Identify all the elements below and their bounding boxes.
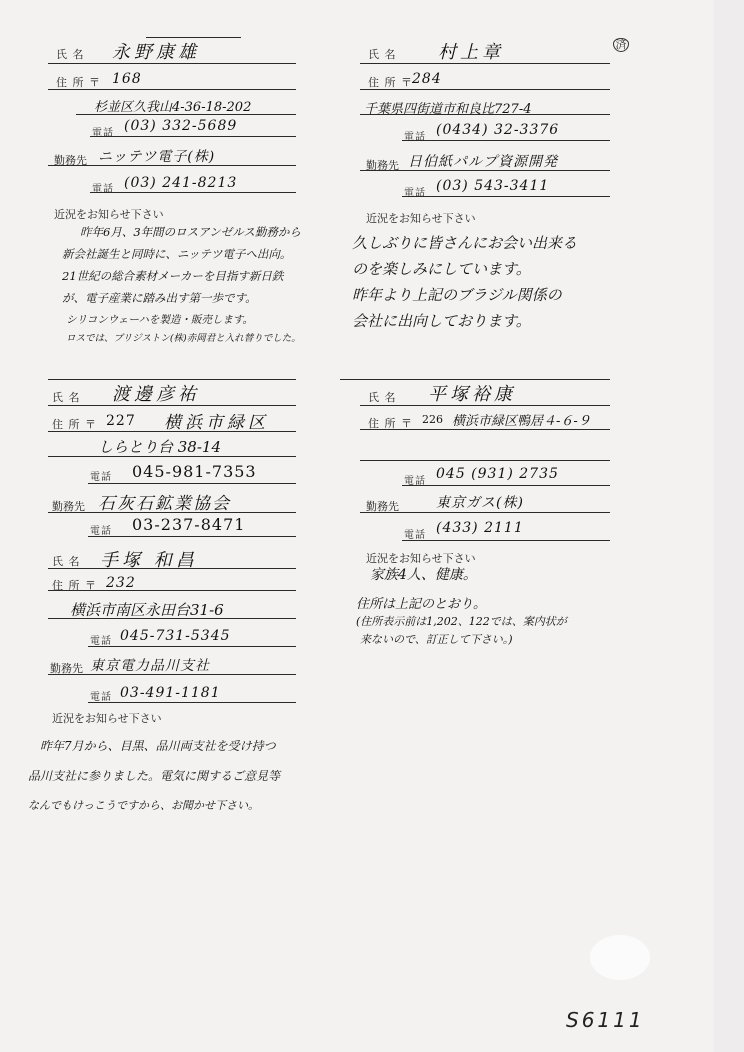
workplace-label: 勤務先 — [366, 157, 399, 173]
name-value: 手塚 和昌 — [100, 546, 198, 572]
workplace-label: 勤務先 — [50, 660, 83, 676]
name-value: 村上章 — [438, 38, 504, 64]
name-value: 永野康雄 — [112, 38, 200, 64]
news-label: 近況をお知らせ下さい — [52, 710, 162, 726]
name-label: 氏 名 — [368, 46, 397, 62]
work-phone-value: (433) 2111 — [436, 520, 524, 536]
address-label: 住 所 〒 — [52, 416, 97, 432]
address-label: 住 所 〒 — [56, 74, 101, 90]
address-line2: 横浜市南区永田台31-6 — [70, 599, 224, 620]
name-value: 平塚裕康 — [428, 380, 516, 406]
name-label: 氏 名 — [52, 389, 81, 405]
address-label: 住 所 〒 — [368, 74, 413, 90]
workplace-label: 勤務先 — [366, 498, 399, 514]
workplace-label: 勤務先 — [54, 152, 87, 168]
address-line2: しらとり台 38-14 — [98, 436, 221, 457]
workplace-value: 石灰石鉱業協会 — [98, 489, 231, 514]
correction-fluid-mark — [590, 935, 650, 980]
workplace-value: 日伯紙パルプ資源開発 — [408, 151, 558, 171]
name-label: 氏 名 — [56, 46, 85, 62]
checked-stamp: 済 — [613, 38, 629, 52]
phone-value: 045-981-7353 — [132, 462, 257, 481]
phone-label: 電話 — [404, 472, 426, 487]
address-line-row — [360, 440, 610, 461]
work-phone-value: (03) 543-3411 — [436, 178, 549, 194]
postal-code: 227 — [106, 413, 136, 429]
address-line1: 横浜市緑区 — [164, 408, 269, 433]
name-label: 氏 名 — [368, 389, 397, 405]
name-value: 渡邊彦祐 — [112, 380, 200, 406]
phone-label: 電話 — [90, 468, 112, 483]
work-phone-label: 電話 — [92, 180, 114, 195]
work-phone-label: 電話 — [404, 184, 426, 199]
workplace-value: 東京電力品川支社 — [90, 655, 210, 675]
address-line2: 千葉県四街道市和良比727-4 — [364, 98, 531, 117]
postal-code: 226 — [422, 413, 443, 426]
work-phone-value: 03-491-1181 — [120, 685, 221, 701]
postal-code: 168 — [112, 71, 142, 87]
workplace-label: 勤務先 — [52, 498, 85, 514]
postal-code: 232 — [106, 575, 136, 591]
work-phone-label: 電話 — [404, 526, 426, 541]
address-label: 住 所 〒 — [52, 577, 97, 593]
work-phone-value: (03) 241-8213 — [124, 175, 237, 191]
workplace-value: ニッテツ電子(株) — [98, 146, 215, 166]
phone-label: 電話 — [90, 632, 112, 647]
name-label: 氏 名 — [52, 553, 81, 569]
address-label: 住 所 〒 — [368, 415, 413, 431]
work-phone-label: 電話 — [90, 522, 112, 537]
phone-value: (0434) 32-3376 — [436, 122, 559, 138]
phone-value: (03) 332-5689 — [124, 118, 237, 134]
news-label: 近況をお知らせ下さい — [54, 206, 164, 222]
phone-value: 045-731-5345 — [120, 628, 231, 644]
phone-value: 045 (931) 2735 — [436, 466, 559, 482]
page-edge — [714, 0, 744, 1052]
phone-label: 電話 — [92, 124, 114, 139]
phone-label: 電話 — [404, 128, 426, 143]
serial-number: S6111 — [566, 1008, 645, 1032]
address-line1: 横浜市緑区鴨居４-６-９ — [452, 410, 591, 429]
address-line2: 杉並区久我山4-36-18-202 — [94, 96, 251, 115]
postal-code: 284 — [412, 71, 442, 87]
workplace-value: 東京ガス(株) — [436, 492, 524, 512]
work-phone-value: 03-237-8471 — [132, 515, 245, 534]
work-phone-label: 電話 — [90, 688, 112, 703]
news-label: 近況をお知らせ下さい — [366, 210, 476, 226]
